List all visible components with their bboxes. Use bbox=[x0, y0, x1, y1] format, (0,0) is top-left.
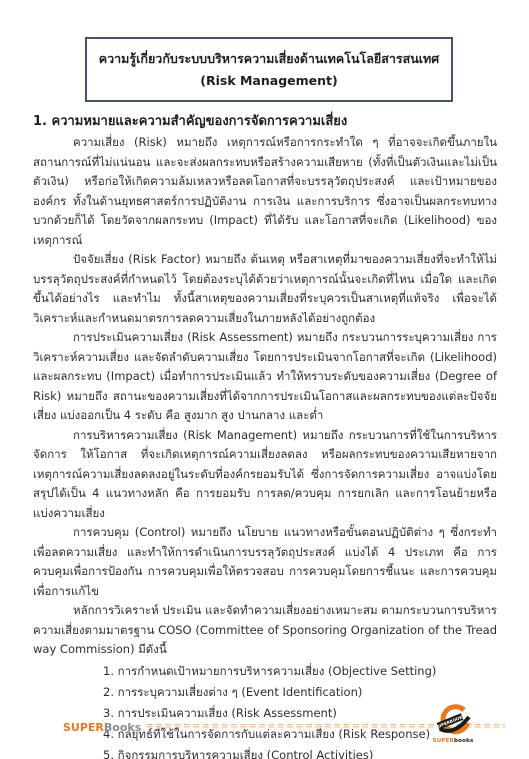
footer-brand-books: Books bbox=[104, 721, 141, 734]
footer-brand: SUPERBooks bbox=[63, 721, 141, 734]
paragraph-risk-factor: ปัจจัยเสี่ยง (Risk Factor) หมายถึง ต้นเห… bbox=[33, 250, 497, 328]
paragraph-risk-management: การบริหารความเสี่ยง (Risk Management) หม… bbox=[33, 426, 497, 524]
footer-brand-super: SUPER bbox=[63, 721, 104, 734]
list-item-objective-setting: 1. การกำหนดเป้าหมายการบริหารความเสี่ยง (… bbox=[103, 661, 497, 682]
list-item-control-activities: 5. กิจกรรมการบริหารความเสี่ยง (Control A… bbox=[103, 745, 497, 759]
document-title-english: (Risk Management) bbox=[95, 70, 443, 92]
paragraph-control: การควบคุม (Control) หมายถึง นโยบาย แนวทา… bbox=[33, 523, 497, 601]
document-page: ความรู้เกี่ยวกับระบบบริหารความเสี่ยงด้าน… bbox=[0, 0, 529, 759]
document-title-thai: ความรู้เกี่ยวกับระบบบริหารความเสี่ยงด้าน… bbox=[95, 48, 443, 70]
logo-wordmark: SUPERbooks bbox=[431, 738, 475, 745]
title-box: ความรู้เกี่ยวกับระบบบริหารความเสี่ยงด้าน… bbox=[85, 37, 453, 102]
coso-step-list: 1. การกำหนดเป้าหมายการบริหารความเสี่ยง (… bbox=[33, 661, 497, 759]
logo-wordmark-super: SUPER bbox=[433, 738, 454, 744]
section-heading: 1. ความหมายและความสำคัญของการจัดการความเ… bbox=[33, 112, 497, 132]
logo-wordmark-books: books bbox=[454, 738, 473, 744]
paragraph-coso-intro: หลักการวิเคราะห์ ประเมิน และจัดทำความเสี… bbox=[33, 601, 497, 660]
body-text: ความเสี่ยง (Risk) หมายถึง เหตุการณ์หรือก… bbox=[33, 133, 497, 660]
superbooks-logo: SUPERBOOKS SUPERbooks bbox=[431, 704, 475, 745]
paragraph-risk-definition: ความเสี่ยง (Risk) หมายถึง เหตุการณ์หรือก… bbox=[33, 133, 497, 250]
list-item-event-identification: 2. การระบุความเสี่ยงต่าง ๆ (Event Identi… bbox=[103, 682, 497, 703]
paragraph-risk-assessment: การประเมินความเสี่ยง (Risk Assessment) ห… bbox=[33, 328, 497, 426]
